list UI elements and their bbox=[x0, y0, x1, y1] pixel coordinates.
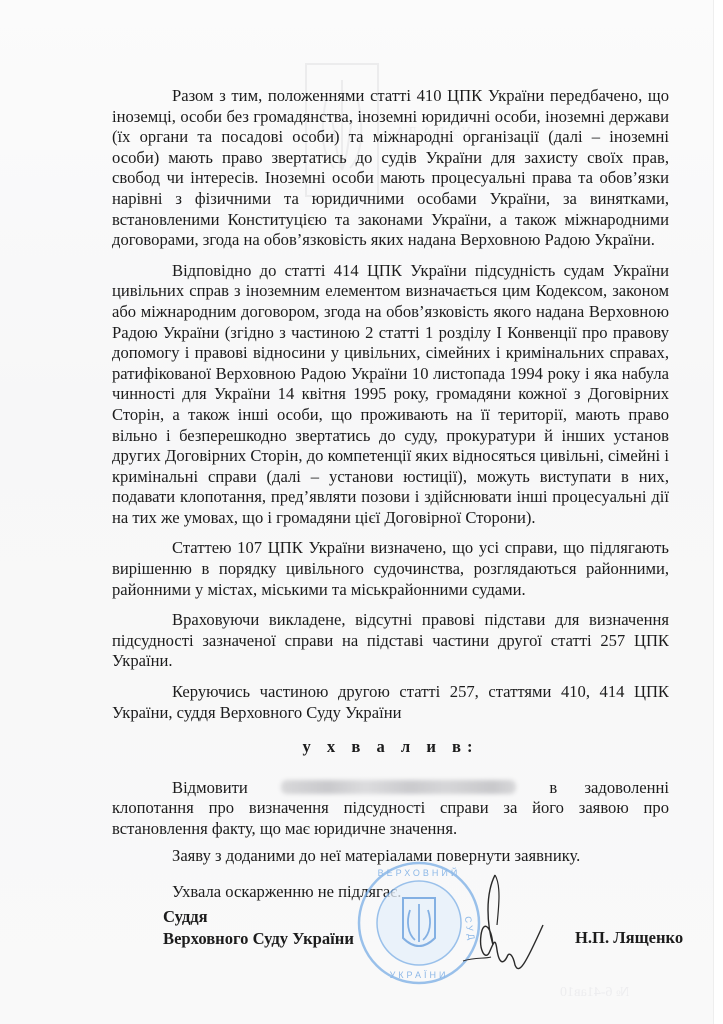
signature-title-line1: Суддя bbox=[163, 906, 354, 928]
paragraph-conclusion: Враховуючи викладене, відсутні правові п… bbox=[112, 610, 669, 672]
bleed-through-case-number: № 6-41ав10 bbox=[560, 985, 629, 1001]
decision-heading: у х в а л и в: bbox=[112, 737, 669, 758]
redacted-applicant-name bbox=[281, 780, 516, 794]
document-page: У Х В А Л А № 6-41ав10 Разом з тим, поло… bbox=[0, 0, 714, 1024]
signature-title: Суддя Верховного Суду України bbox=[163, 906, 354, 950]
decision-refuse: Відмовити в задоволенні клопотання про в… bbox=[112, 778, 669, 840]
paragraph-foreign-persons: Разом з тим, положеннями статті 410 ЦПК … bbox=[112, 86, 669, 251]
refuse-prefix: Відмовити bbox=[172, 778, 248, 797]
document-body: Разом з тим, положеннями статті 410 ЦПК … bbox=[112, 86, 669, 913]
svg-text:ВЕРХОВНИЙ: ВЕРХОВНИЙ bbox=[378, 867, 461, 878]
judge-signature-icon bbox=[455, 865, 545, 985]
judge-name: Н.П. Лященко bbox=[575, 928, 683, 948]
signature-title-line2: Верховного Суду України bbox=[163, 928, 354, 950]
paragraph-article-414: Відповідно до статті 414 ЦПК України під… bbox=[112, 261, 669, 529]
svg-text:УКРАЇНИ: УКРАЇНИ bbox=[390, 970, 449, 980]
paragraph-guided-by: Керуючись частиною другою статті 257, ст… bbox=[112, 682, 669, 723]
paragraph-article-107: Статтею 107 ЦПК України визначено, що ус… bbox=[112, 538, 669, 600]
